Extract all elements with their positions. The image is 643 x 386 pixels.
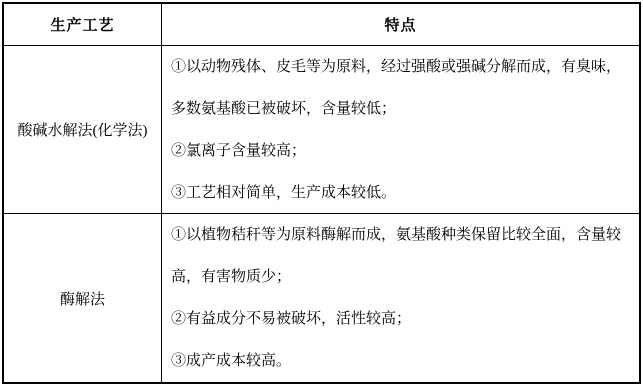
feature-item-3: ③工艺相对简单，生产成本较低。 [171, 172, 633, 214]
process-name-enzymolysis: 酶解法 [4, 214, 162, 382]
feature-item-2: ②氯离子含量较高； [171, 130, 633, 172]
process-name-acid-alkali-hydrolysis: 酸碱水解法(化学法) [4, 46, 162, 214]
column-header-process: 生产工艺 [4, 4, 162, 46]
features-acid-alkali-hydrolysis: ①以动物残体、皮毛等为原料，经过强酸或强碱分解而成，有臭味，多数氨基酸已被破坏，… [162, 46, 639, 214]
feature-item-1: ①以动物残体、皮毛等为原料，经过强酸或强碱分解而成，有臭味，多数氨基酸已被破坏，… [171, 46, 633, 130]
features-enzymolysis: ①以植物秸秆等为原料酶解而成，氨基酸种类保留比较全面，含量较高，有害物质少； ②… [162, 214, 639, 382]
feature-item-1: ①以植物秸秆等为原料酶解而成，氨基酸种类保留比较全面，含量较高，有害物质少； [171, 214, 633, 298]
feature-item-3: ③成产成本较高。 [171, 340, 633, 382]
feature-item-2: ②有益成分不易被破坏，活性较高； [171, 298, 633, 340]
process-comparison-table: 生产工艺 特点 酸碱水解法(化学法) ①以动物残体、皮毛等为原料，经过强酸或强碱… [2, 2, 641, 384]
column-header-features: 特点 [162, 4, 639, 46]
